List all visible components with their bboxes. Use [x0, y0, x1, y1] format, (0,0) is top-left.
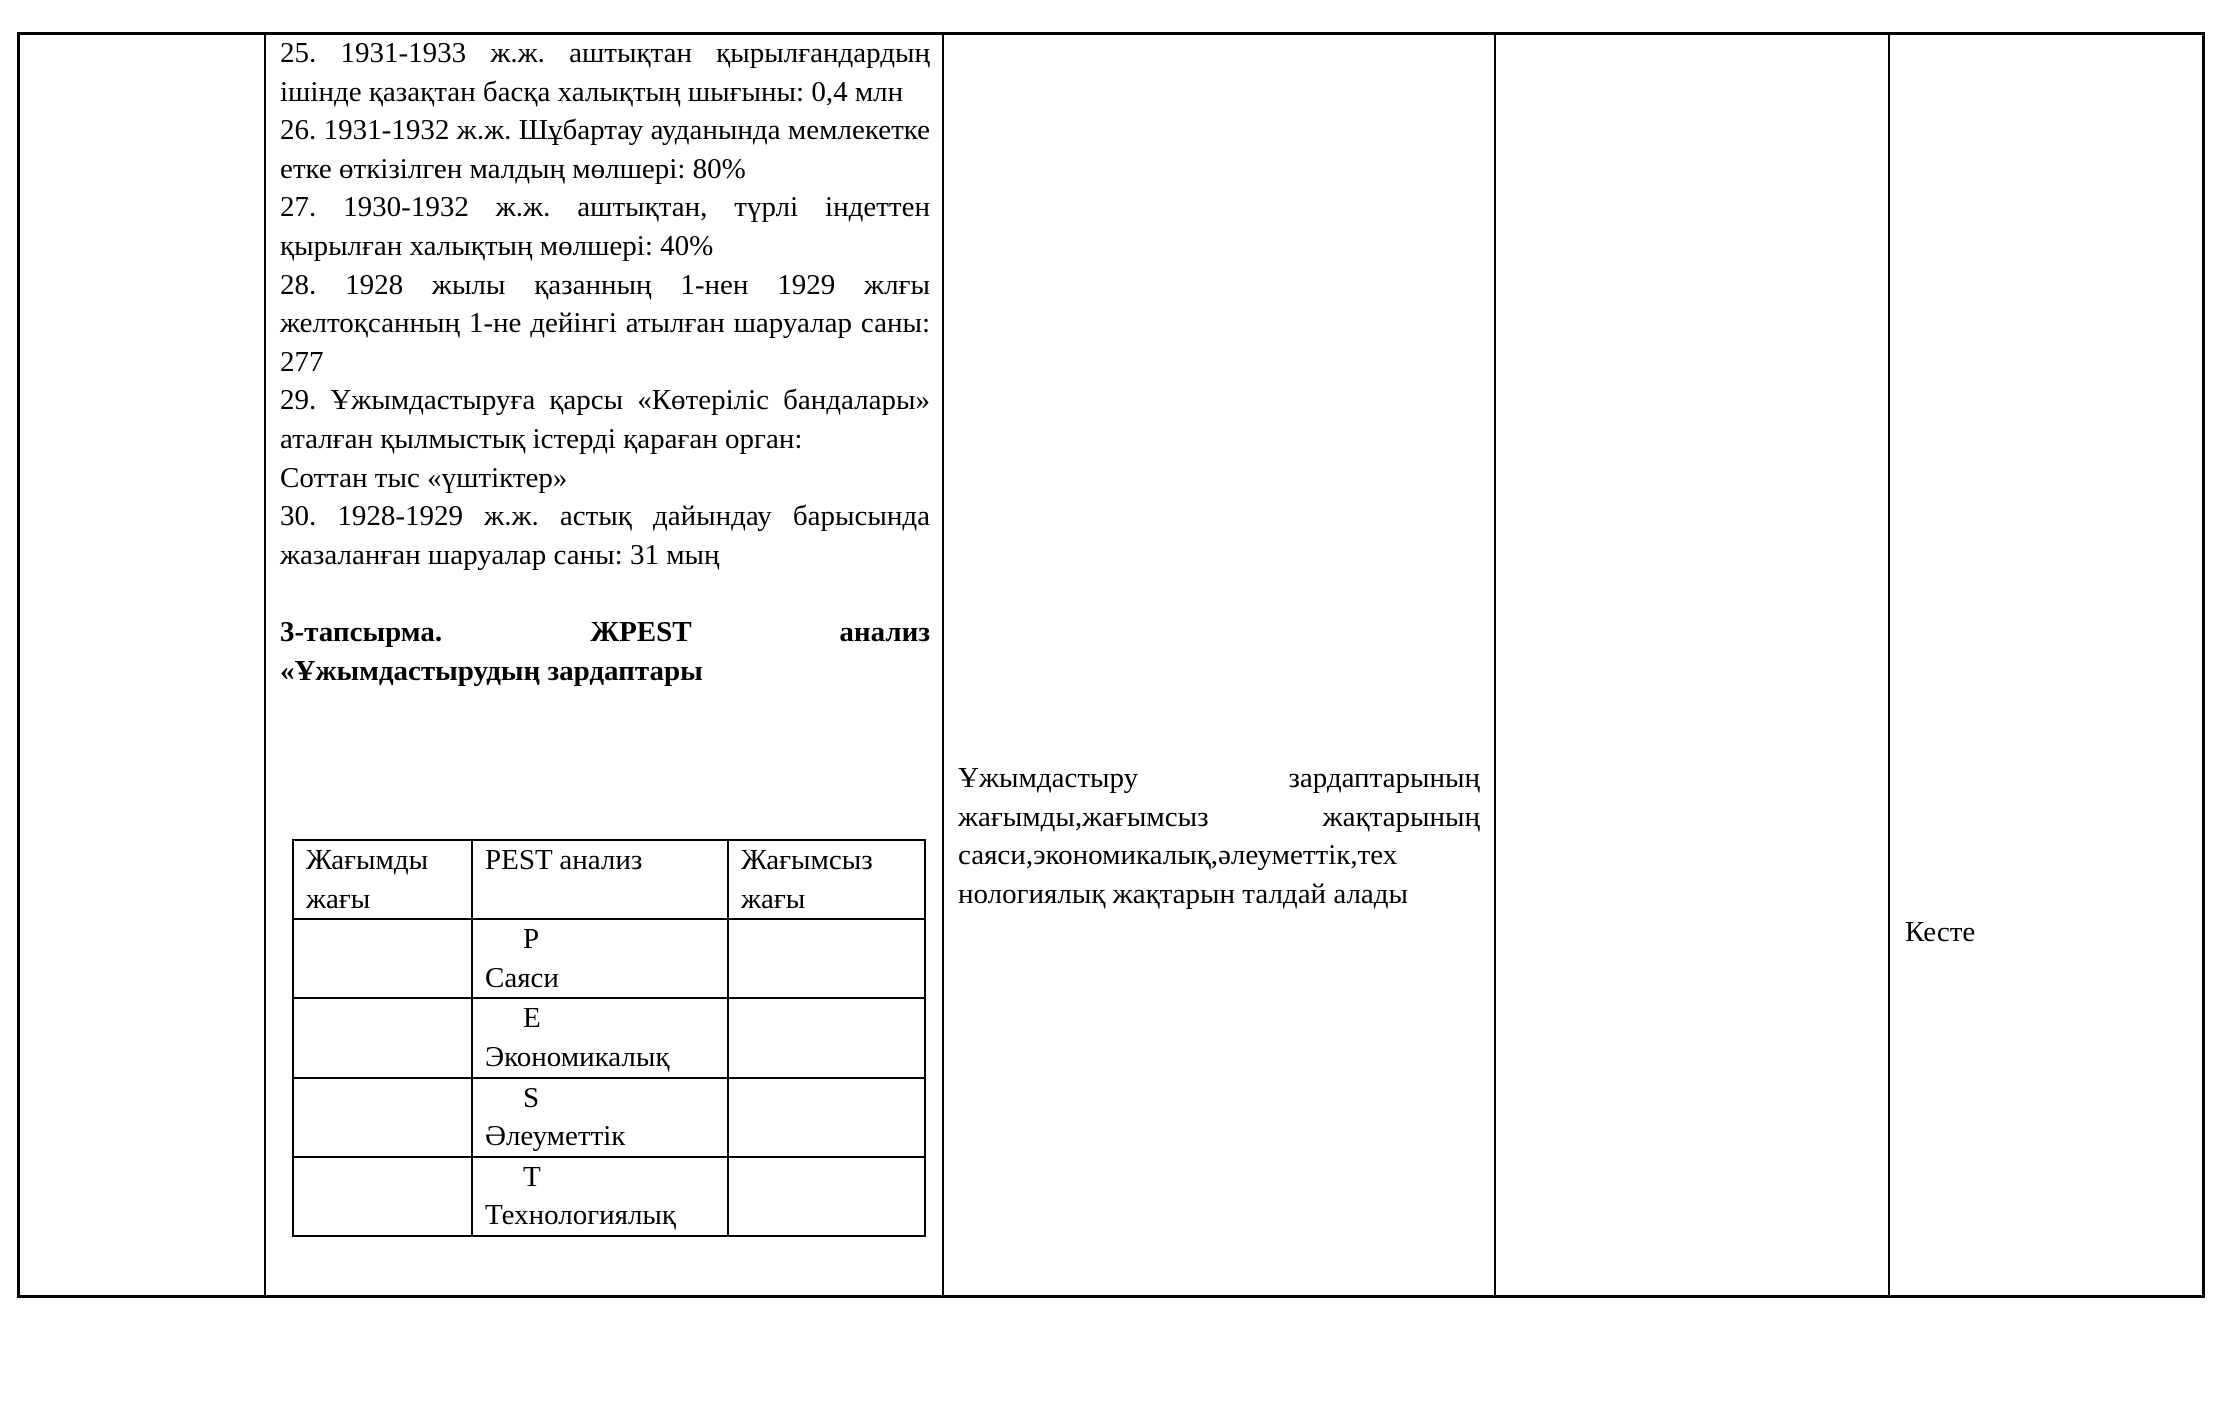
task-3-title-line1: 3-тапсырма. ЖPEST анализ — [280, 613, 930, 652]
factor-letter: S — [485, 1079, 727, 1118]
positive-cell[interactable] — [293, 1157, 472, 1236]
pest-row-social: S Әлеуметтік — [293, 1078, 925, 1157]
negative-cell[interactable] — [728, 919, 925, 998]
factor-name: Экономикалық — [485, 1041, 669, 1073]
factor-letter: T — [485, 1158, 727, 1197]
task-content-cell: 25. 1931-1933 ж.ж. аштықтан қырылғандард… — [280, 34, 930, 690]
assessment-form-text: Кесте — [1905, 916, 1975, 948]
factor-cell: T Технологиялық — [472, 1157, 728, 1236]
negative-cell[interactable] — [728, 1157, 925, 1236]
header-pest: PEST анализ — [472, 840, 728, 919]
question-item-29: 29. Ұжымдастыруға қарсы «Көтеріліс банда… — [280, 381, 930, 458]
spacer — [280, 574, 930, 613]
task-3-title-line2: «Ұжымдастырудың зардаптары — [280, 655, 703, 687]
pest-row-technological: T Технологиялық — [293, 1157, 925, 1236]
column-divider-1 — [264, 32, 266, 1298]
question-item-28: 28. 1928 жылы қазанның 1-нен 1929 жлғы ж… — [280, 266, 930, 382]
question-item-30: 30. 1928-1929 ж.ж. астық дайындау барысы… — [280, 497, 930, 574]
factor-cell: P Саяси — [472, 919, 728, 998]
positive-cell[interactable] — [293, 919, 472, 998]
question-item-29-answer: Соттан тыс «үштіктер» — [280, 459, 930, 498]
factor-letter: P — [485, 920, 727, 959]
pest-row-political: P Саяси — [293, 919, 925, 998]
column-divider-3 — [1494, 32, 1496, 1298]
question-item-27: 27. 1930-1932 ж.ж. аштықтан, түрлі індет… — [280, 188, 930, 265]
factor-letter: E — [485, 999, 727, 1038]
learning-outcome-cell: Ұжымдастыру зардаптарының жағымды,жағымс… — [958, 759, 1480, 913]
header-positive: Жағымды жағы — [293, 840, 472, 919]
pest-table-header-row: Жағымды жағы PEST анализ Жағымсыз жағы — [293, 840, 925, 919]
positive-cell[interactable] — [293, 998, 472, 1077]
task-3-title: 3-тапсырма. ЖPEST анализ «Ұжымдастырудың… — [280, 613, 930, 690]
factor-name: Технологиялық — [485, 1199, 676, 1231]
factor-cell: E Экономикалық — [472, 998, 728, 1077]
question-item-25: 25. 1931-1933 ж.ж. аштықтан қырылғандард… — [280, 34, 930, 111]
negative-cell[interactable] — [728, 998, 925, 1077]
positive-cell[interactable] — [293, 1078, 472, 1157]
factor-name: Саяси — [485, 962, 559, 994]
question-item-26: 26. 1931-1932 ж.ж. Шұбартау ауданында ме… — [280, 111, 930, 188]
factor-name: Әлеуметтік — [485, 1120, 625, 1152]
factor-cell: S Әлеуметтік — [472, 1078, 728, 1157]
header-negative: Жағымсыз жағы — [728, 840, 925, 919]
pest-analysis-table: Жағымды жағы PEST анализ Жағымсыз жағы P… — [292, 839, 926, 1237]
column-divider-4 — [1888, 32, 1890, 1298]
learning-outcome-text: Ұжымдастыру зардаптарының жағымды,жағымс… — [958, 759, 1480, 913]
pest-row-economic: E Экономикалық — [293, 998, 925, 1077]
column-divider-2 — [942, 32, 944, 1298]
negative-cell[interactable] — [728, 1078, 925, 1157]
assessment-form-cell: Кесте — [1905, 913, 1975, 952]
